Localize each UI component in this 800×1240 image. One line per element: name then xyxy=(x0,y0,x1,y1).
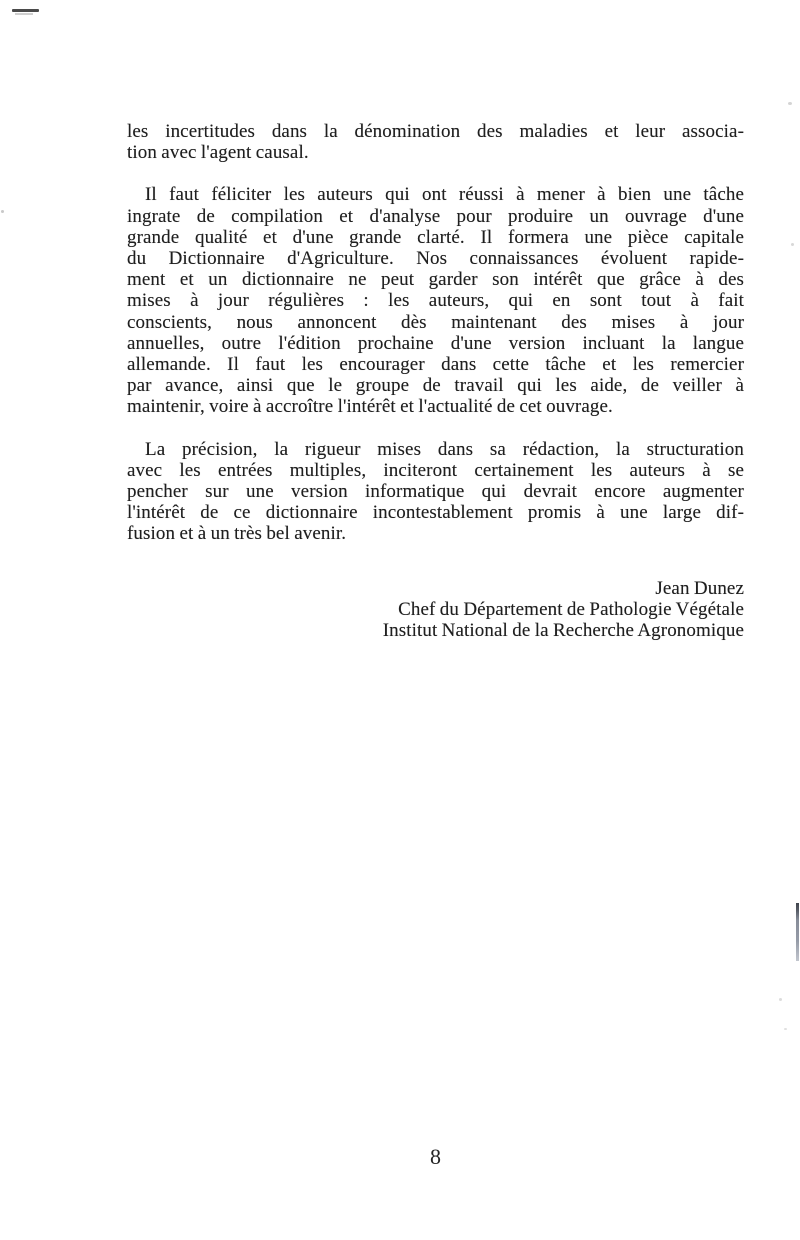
text-line: fusion et à un très bel avenir. xyxy=(127,523,744,544)
text-line: l'intérêt de ce dictionnaire incontestab… xyxy=(127,502,744,523)
text-line: ingrate de compilation et d'analyse pour… xyxy=(127,206,744,227)
signature-name: Jean Dunez xyxy=(127,578,744,599)
text-line: du Dictionnaire d'Agriculture. Nos conna… xyxy=(127,248,744,269)
text-line: annuelles, outre l'édition prochaine d'u… xyxy=(127,333,744,354)
text-line: par avance, ainsi que le groupe de trava… xyxy=(127,375,744,396)
text-line: maintenir, voire à accroître l'intérêt e… xyxy=(127,396,744,417)
text-line: grande qualité et d'une grande clarté. I… xyxy=(127,227,744,248)
scan-artifact-speck xyxy=(791,243,794,246)
signature-organization: Institut National de la Recherche Agrono… xyxy=(127,620,744,641)
scan-artifact-edge-stripe xyxy=(796,903,799,961)
signature-block: Jean Dunez Chef du Département de Pathol… xyxy=(127,578,744,642)
text-line: les incertitudes dans la dénomination de… xyxy=(127,121,744,142)
scan-artifact-speck xyxy=(788,102,792,105)
signature-role: Chef du Département de Pathologie Végéta… xyxy=(127,599,744,620)
scan-artifact-speck xyxy=(784,1028,787,1030)
page-text-block: les incertitudes dans la dénomination de… xyxy=(127,121,744,641)
paragraph-precision: La précision, la rigueur mises dans sa r… xyxy=(127,439,744,545)
text-line: La précision, la rigueur mises dans sa r… xyxy=(127,439,744,460)
text-line: allemande. Il faut les encourager dans c… xyxy=(127,354,744,375)
page-number: 8 xyxy=(127,1144,744,1170)
text-line: conscients, nous annoncent dès maintenan… xyxy=(127,312,744,333)
text-line: mises à jour régulières : les auteurs, q… xyxy=(127,290,744,311)
paragraph-feliciter: Il faut féliciter les auteurs qui ont ré… xyxy=(127,184,744,417)
scan-artifact-dash xyxy=(12,9,39,12)
scan-artifact-speck xyxy=(1,210,4,213)
paragraph-continuation: les incertitudes dans la dénomination de… xyxy=(127,121,744,163)
text-line: avec les entrées multiples, inciteront c… xyxy=(127,460,744,481)
text-line: ment et un dictionnaire ne peut garder s… xyxy=(127,269,744,290)
scan-artifact-dash-faint xyxy=(15,13,33,15)
text-line: Il faut féliciter les auteurs qui ont ré… xyxy=(127,184,744,205)
scan-artifact-speck xyxy=(779,998,782,1001)
text-line: pencher sur une version informatique qui… xyxy=(127,481,744,502)
text-line: tion avec l'agent causal. xyxy=(127,142,744,163)
scanned-page: les incertitudes dans la dénomination de… xyxy=(0,0,800,1240)
